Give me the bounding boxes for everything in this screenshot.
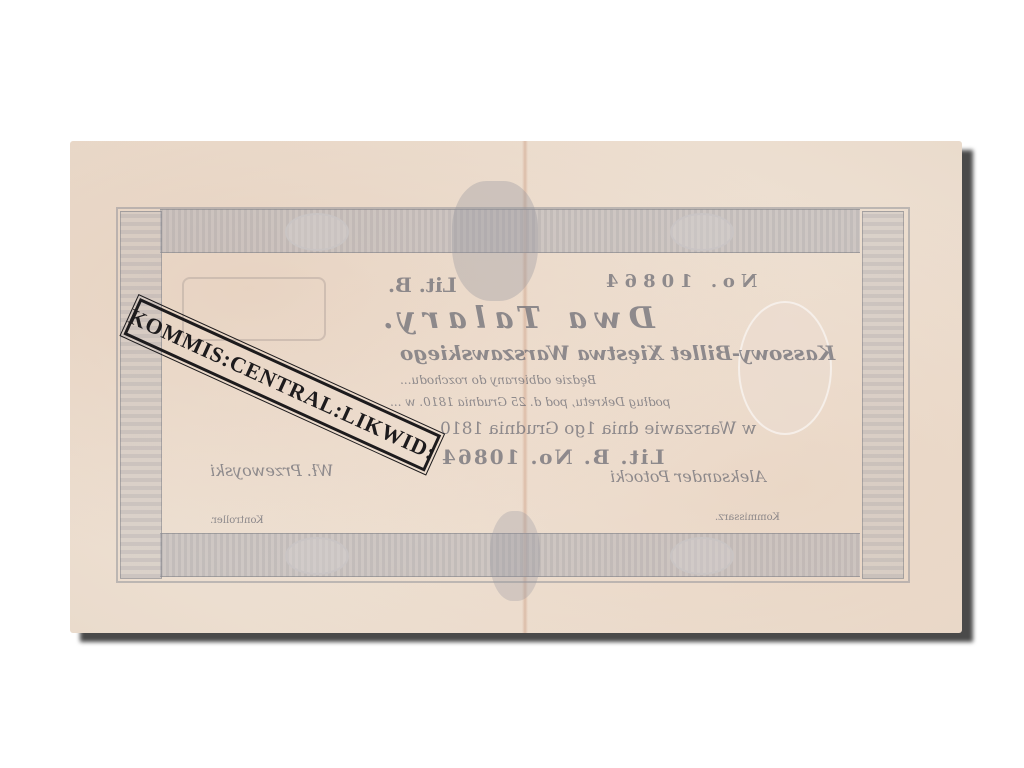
left-ornament-column xyxy=(120,211,162,579)
eagle-emblem-icon xyxy=(490,511,540,601)
signature-left: Wł. Przewoyski xyxy=(210,461,334,480)
medallion-icon xyxy=(285,537,349,575)
right-ornament-column xyxy=(862,211,904,579)
signature-right: Aleksander Potocki xyxy=(610,467,766,486)
lit-label-top: Lit. B. xyxy=(388,273,457,297)
medallion-icon xyxy=(285,213,349,251)
banknote: Lit. B. No. 10864 Dwa Talary. Kassowy-Bi… xyxy=(70,141,962,633)
role-label-right: Kommissarz. xyxy=(715,512,780,523)
embossed-seal-icon xyxy=(738,301,832,435)
body-text-line-1: Będzie odbierany do rozchodu... xyxy=(400,373,596,387)
medallion-icon xyxy=(670,537,734,575)
coat-of-arms-icon xyxy=(452,181,538,301)
serial-number-bottom: Lit. B. No. 10864 xyxy=(440,445,664,469)
note-subtitle: Kassowy-Billet Xięstwa Warszawskiego xyxy=(400,341,835,365)
body-text-line-2: podług Dekretu, pod d. 25 Grudnia 1810. … xyxy=(390,395,670,409)
place-date: w Warszawie dnia 1go Grudnia 1810 xyxy=(440,419,756,439)
serial-number-top: No. 10864 xyxy=(600,271,757,292)
role-label-left: Kontroller. xyxy=(210,515,264,526)
medallion-icon xyxy=(670,213,734,251)
denomination-title: Dwa Talary. xyxy=(375,301,655,336)
